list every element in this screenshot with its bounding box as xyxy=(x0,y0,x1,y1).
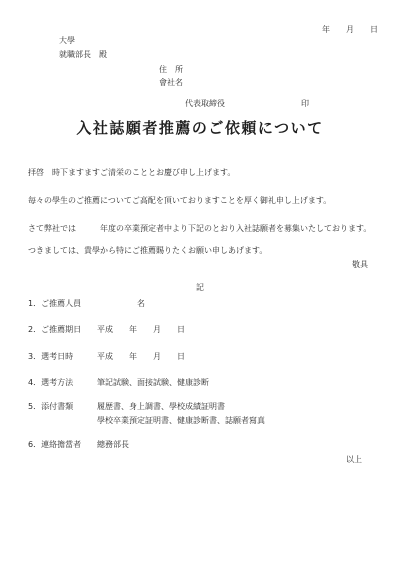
thanks-paragraph: 毎々の學生のご推薦についてご高配を頂いておりますことを厚く御礼申し上げます。 xyxy=(28,195,331,206)
document-page: 年 月 日 大學 就職部長 殿 住 所 會社名 代表取締役 印 入社誌願者推薦の… xyxy=(0,0,400,565)
request-paragraph: つきましては、貴學から特にご推薦賜りたくお願い申しあげます。 xyxy=(28,245,267,256)
record-mark: 記 xyxy=(0,282,400,293)
representative-title: 代表取締役 xyxy=(185,98,225,109)
sender-address-label: 住 所 xyxy=(159,64,183,75)
item-5-label: 5．添付書類 xyxy=(28,401,73,412)
item-4-title: 選考方法 xyxy=(41,378,73,387)
item-2-title: ご推薦期日 xyxy=(41,325,81,334)
greeting-paragraph: 拝啓 時下ますますご清栄のこととお慶び申し上げます。 xyxy=(28,167,235,178)
sender-company-label: 會社名 xyxy=(159,77,183,88)
item-3-number: 3． xyxy=(28,351,41,362)
item-5-number: 5． xyxy=(28,401,41,412)
date-line: 年 月 日 xyxy=(322,24,378,35)
body-paragraph: さて弊社では 年度の卒業預定者中より下記のとおり入社誌願者を募集いたしております… xyxy=(28,223,371,234)
item-2-number: 2． xyxy=(28,324,41,335)
addressee-university: 大學 xyxy=(59,35,75,46)
item-6-number: 6． xyxy=(28,439,41,450)
end-mark: 以上 xyxy=(346,454,362,465)
document-title: 入社誌願者推薦のご依頼について xyxy=(0,123,400,134)
item-4-label: 4．選考方法 xyxy=(28,377,73,388)
item-1-label: 1．ご推薦人員 xyxy=(28,298,81,309)
item-5-value-line2: 學校卒業預定証明書、健康診断書、誌願者寫真 xyxy=(97,415,265,426)
item-1-number: 1． xyxy=(28,298,41,309)
addressee-director: 就職部長 殿 xyxy=(59,49,107,60)
item-3-title: 選考日時 xyxy=(41,352,73,361)
item-3-label: 3．選考日時 xyxy=(28,351,73,362)
item-2-value: 平成 年 月 日 xyxy=(97,324,185,335)
item-6-label: 6．連絡擔當者 xyxy=(28,439,81,450)
item-4-value: 筆記試験、面接試験、健康診断 xyxy=(97,377,209,388)
item-5-title: 添付書類 xyxy=(41,402,73,411)
item-3-value: 平成 年 月 日 xyxy=(97,351,185,362)
item-5-value-line1: 履歴書、身上調書、學校成績証明書 xyxy=(97,401,225,412)
item-1-value: 名 xyxy=(97,298,145,309)
item-6-value: 總務部長 xyxy=(97,439,129,450)
closing-keigu: 敬具 xyxy=(352,259,368,270)
item-2-label: 2．ご推薦期日 xyxy=(28,324,81,335)
item-1-title: ご推薦人員 xyxy=(41,299,81,308)
seal-mark: 印 xyxy=(301,98,309,109)
item-6-title: 連絡擔當者 xyxy=(41,440,81,449)
item-4-number: 4． xyxy=(28,377,41,388)
